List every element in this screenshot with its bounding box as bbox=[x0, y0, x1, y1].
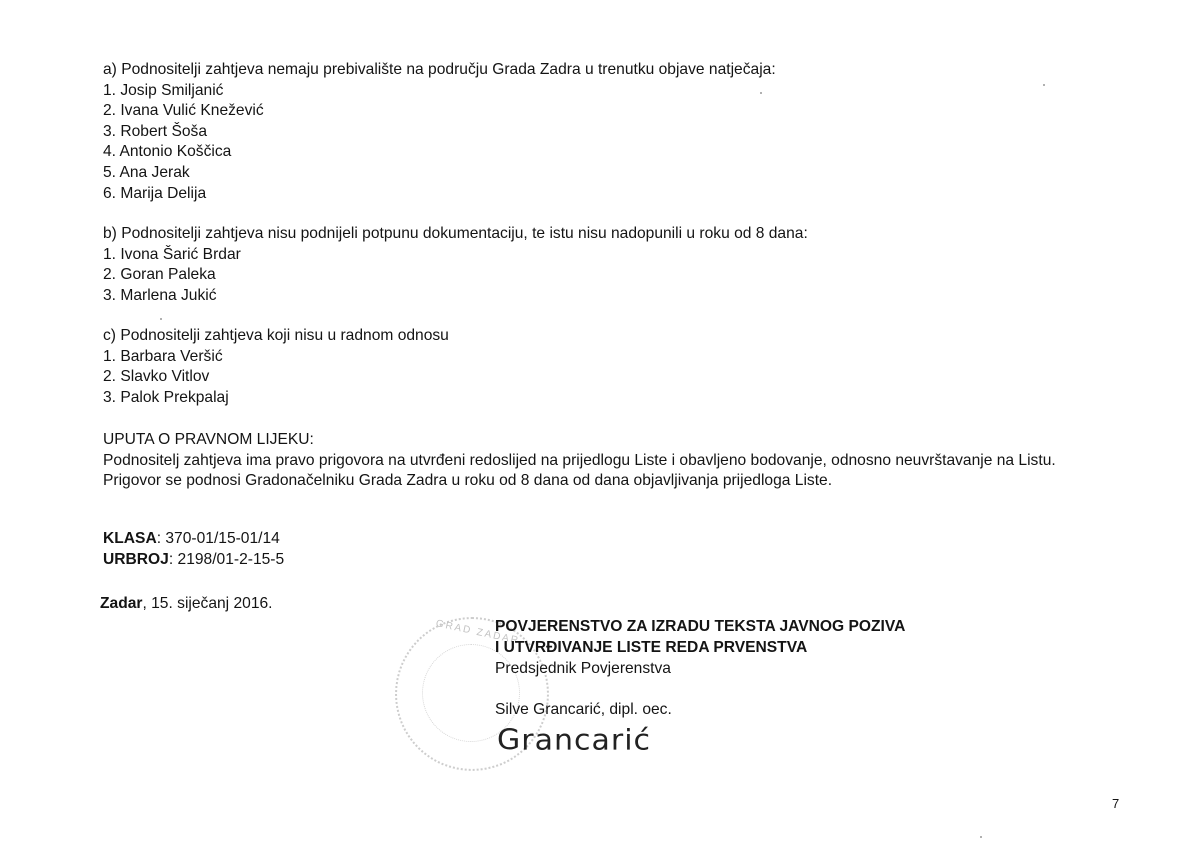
list-item: 6. Marija Delija bbox=[103, 184, 776, 205]
legal-remedy-paragraph: Prigovor se podnosi Gradonačelniku Grada… bbox=[103, 471, 1113, 492]
urbroj-value: : 2198/01-2-15-5 bbox=[169, 551, 284, 568]
list-item: 3. Marlena Jukić bbox=[103, 286, 808, 307]
klasa-label: KLASA bbox=[103, 530, 157, 547]
committee-title-line-1: POVJERENSTVO ZA IZRADU TEKSTA JAVNOG POZ… bbox=[495, 616, 905, 637]
legal-remedy-heading: UPUTA O PRAVNOM LIJEKU: bbox=[103, 430, 1113, 451]
urbroj-line: URBROJ: 2198/01-2-15-5 bbox=[103, 550, 284, 571]
section-c-heading: c) Podnositelji zahtjeva koji nisu u rad… bbox=[103, 326, 449, 347]
section-b: b) Podnositelji zahtjeva nisu podnijeli … bbox=[103, 224, 808, 306]
list-item: 5. Ana Jerak bbox=[103, 163, 776, 184]
section-c: c) Podnositelji zahtjeva koji nisu u rad… bbox=[103, 326, 449, 408]
list-item: 3. Robert Šoša bbox=[103, 122, 776, 143]
place-date: Zadar, 15. siječanj 2016. bbox=[100, 595, 273, 613]
signer-name: Silve Grancarić, dipl. oec. bbox=[495, 699, 905, 720]
place: Zadar bbox=[100, 595, 142, 612]
legal-remedy: UPUTA O PRAVNOM LIJEKU: Podnositelj zaht… bbox=[103, 430, 1113, 492]
committee-block: POVJERENSTVO ZA IZRADU TEKSTA JAVNOG POZ… bbox=[495, 616, 905, 720]
section-b-heading: b) Podnositelji zahtjeva nisu podnijeli … bbox=[103, 224, 808, 245]
page-number: 7 bbox=[1112, 796, 1119, 811]
committee-role: Predsjednik Povjerenstva bbox=[495, 658, 905, 679]
handwritten-signature: Grancarić bbox=[497, 724, 651, 757]
document-page: a) Podnositelji zahtjeva nemaju prebival… bbox=[0, 0, 1200, 848]
list-item: 1. Josip Smiljanić bbox=[103, 81, 776, 102]
legal-remedy-paragraph: Podnositelj zahtjeva ima pravo prigovora… bbox=[103, 451, 1113, 472]
scan-speck bbox=[980, 836, 982, 838]
scan-speck bbox=[1043, 84, 1045, 86]
list-item: 2. Slavko Vitlov bbox=[103, 367, 449, 388]
section-a-heading: a) Podnositelji zahtjeva nemaju prebival… bbox=[103, 60, 776, 81]
scan-speck bbox=[760, 92, 762, 94]
klasa-line: KLASA: 370-01/15-01/14 bbox=[103, 529, 284, 550]
date: , 15. siječanj 2016. bbox=[142, 595, 272, 612]
list-item: 3. Palok Prekpalaj bbox=[103, 388, 449, 409]
klasa-value: : 370-01/15-01/14 bbox=[157, 530, 280, 547]
committee-title-line-2: I UTVRĐIVANJE LISTE REDA PRVENSTVA bbox=[495, 637, 905, 658]
scan-speck bbox=[160, 318, 162, 320]
list-item: 4. Antonio Koščica bbox=[103, 142, 776, 163]
list-item: 1. Barbara Veršić bbox=[103, 347, 449, 368]
reference-numbers: KLASA: 370-01/15-01/14 URBROJ: 2198/01-2… bbox=[103, 529, 284, 570]
list-item: 2. Ivana Vulić Knežević bbox=[103, 101, 776, 122]
list-item: 1. Ivona Šarić Brdar bbox=[103, 245, 808, 266]
section-a: a) Podnositelji zahtjeva nemaju prebival… bbox=[103, 60, 776, 204]
urbroj-label: URBROJ bbox=[103, 551, 169, 568]
list-item: 2. Goran Paleka bbox=[103, 265, 808, 286]
